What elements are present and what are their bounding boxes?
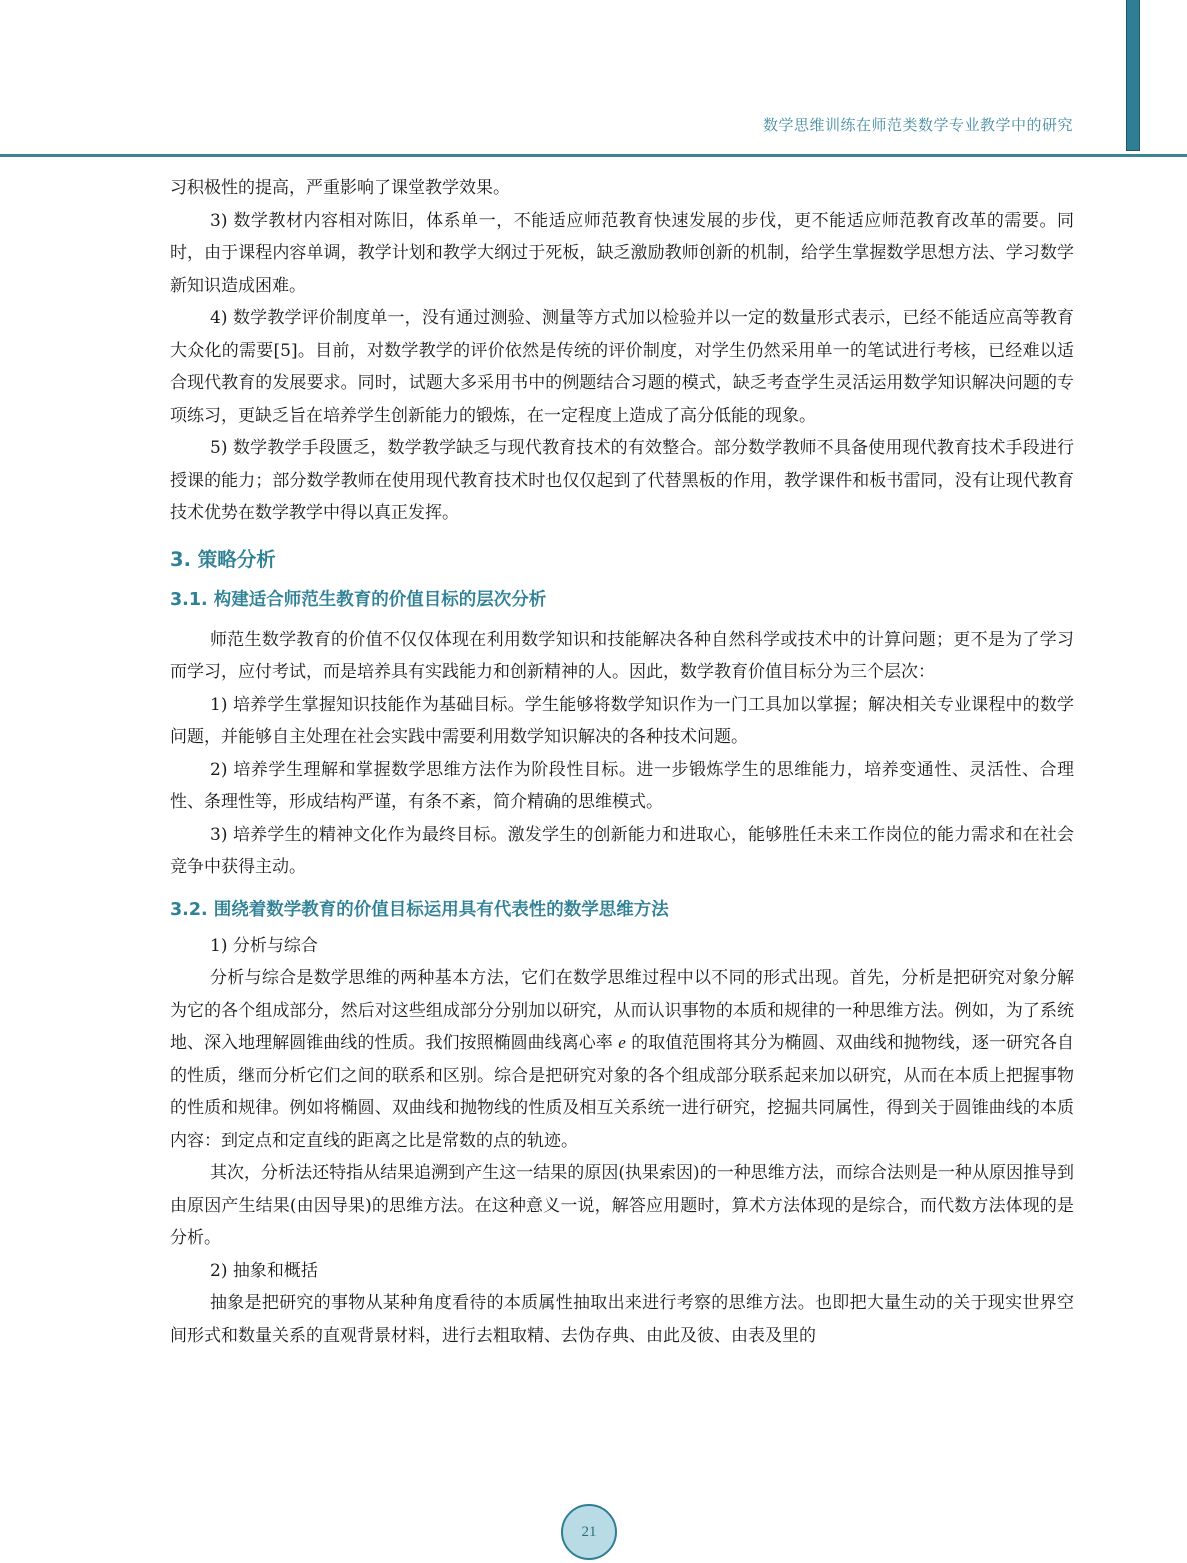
page-body: 习积极性的提高，严重影响了课堂教学效果。 3) 数学教材内容相对陈旧，体系单一，… — [170, 172, 1074, 1352]
paragraph-s31-item-1: 1) 培养学生掌握知识技能作为基础目标。学生能够将数学知识作为一门工具加以掌握；… — [170, 689, 1074, 754]
section-heading-3-2: 3.2. 围绕着数学教育的价值目标运用具有代表性的数学思维方法 — [170, 892, 1074, 928]
paragraph-item-3: 3) 数学教材内容相对陈旧，体系单一，不能适应师范教育快速发展的步伐，更不能适应… — [170, 205, 1074, 303]
running-title: 数学思维训练在师范类数学专业教学中的研究 — [763, 114, 1073, 135]
paragraph-abstraction: 抽象是把研究的事物从某种角度看待的本质属性抽取出来进行考察的思维方法。也即把大量… — [170, 1287, 1074, 1352]
paragraph-continued: 习积极性的提高，严重影响了课堂教学效果。 — [170, 172, 1074, 205]
paragraph-analysis-method: 其次，分析法还特指从结果追溯到产生这一结果的原因(执果索因)的一种思维方法，而综… — [170, 1157, 1074, 1255]
paragraph-s31-intro: 师范生数学教育的价值不仅仅体现在利用数学知识和技能解决各种自然科学或技术中的计算… — [170, 624, 1074, 689]
subheading-abstraction: 2) 抽象和概括 — [170, 1255, 1074, 1288]
section-heading-3: 3. 策略分析 — [170, 542, 1074, 578]
page-number-badge: 21 — [561, 1504, 617, 1560]
variable-e: e — [618, 1033, 626, 1052]
section-heading-3-1: 3.1. 构建适合师范生教育的价值目标的层次分析 — [170, 582, 1074, 618]
subheading-analysis-synthesis: 1) 分析与综合 — [170, 930, 1074, 963]
paragraph-item-5: 5) 数学教学手段匮乏，数学教学缺乏与现代教育技术的有效整合。部分数学教师不具备… — [170, 432, 1074, 530]
header-divider — [0, 154, 1187, 157]
page-number: 21 — [582, 1524, 597, 1541]
header-side-tab — [1126, 0, 1140, 151]
paragraph-s31-item-2: 2) 培养学生理解和掌握数学思维方法作为阶段性目标。进一步锻炼学生的思维能力，培… — [170, 754, 1074, 819]
paragraph-analysis-synthesis: 分析与综合是数学思维的两种基本方法，它们在数学思维过程中以不同的形式出现。首先，… — [170, 962, 1074, 1157]
paragraph-s31-item-3: 3) 培养学生的精神文化作为最终目标。激发学生的创新能力和进取心，能够胜任未来工… — [170, 819, 1074, 884]
paragraph-item-4: 4) 数学教学评价制度单一，没有通过测验、测量等方式加以检验并以一定的数量形式表… — [170, 302, 1074, 432]
